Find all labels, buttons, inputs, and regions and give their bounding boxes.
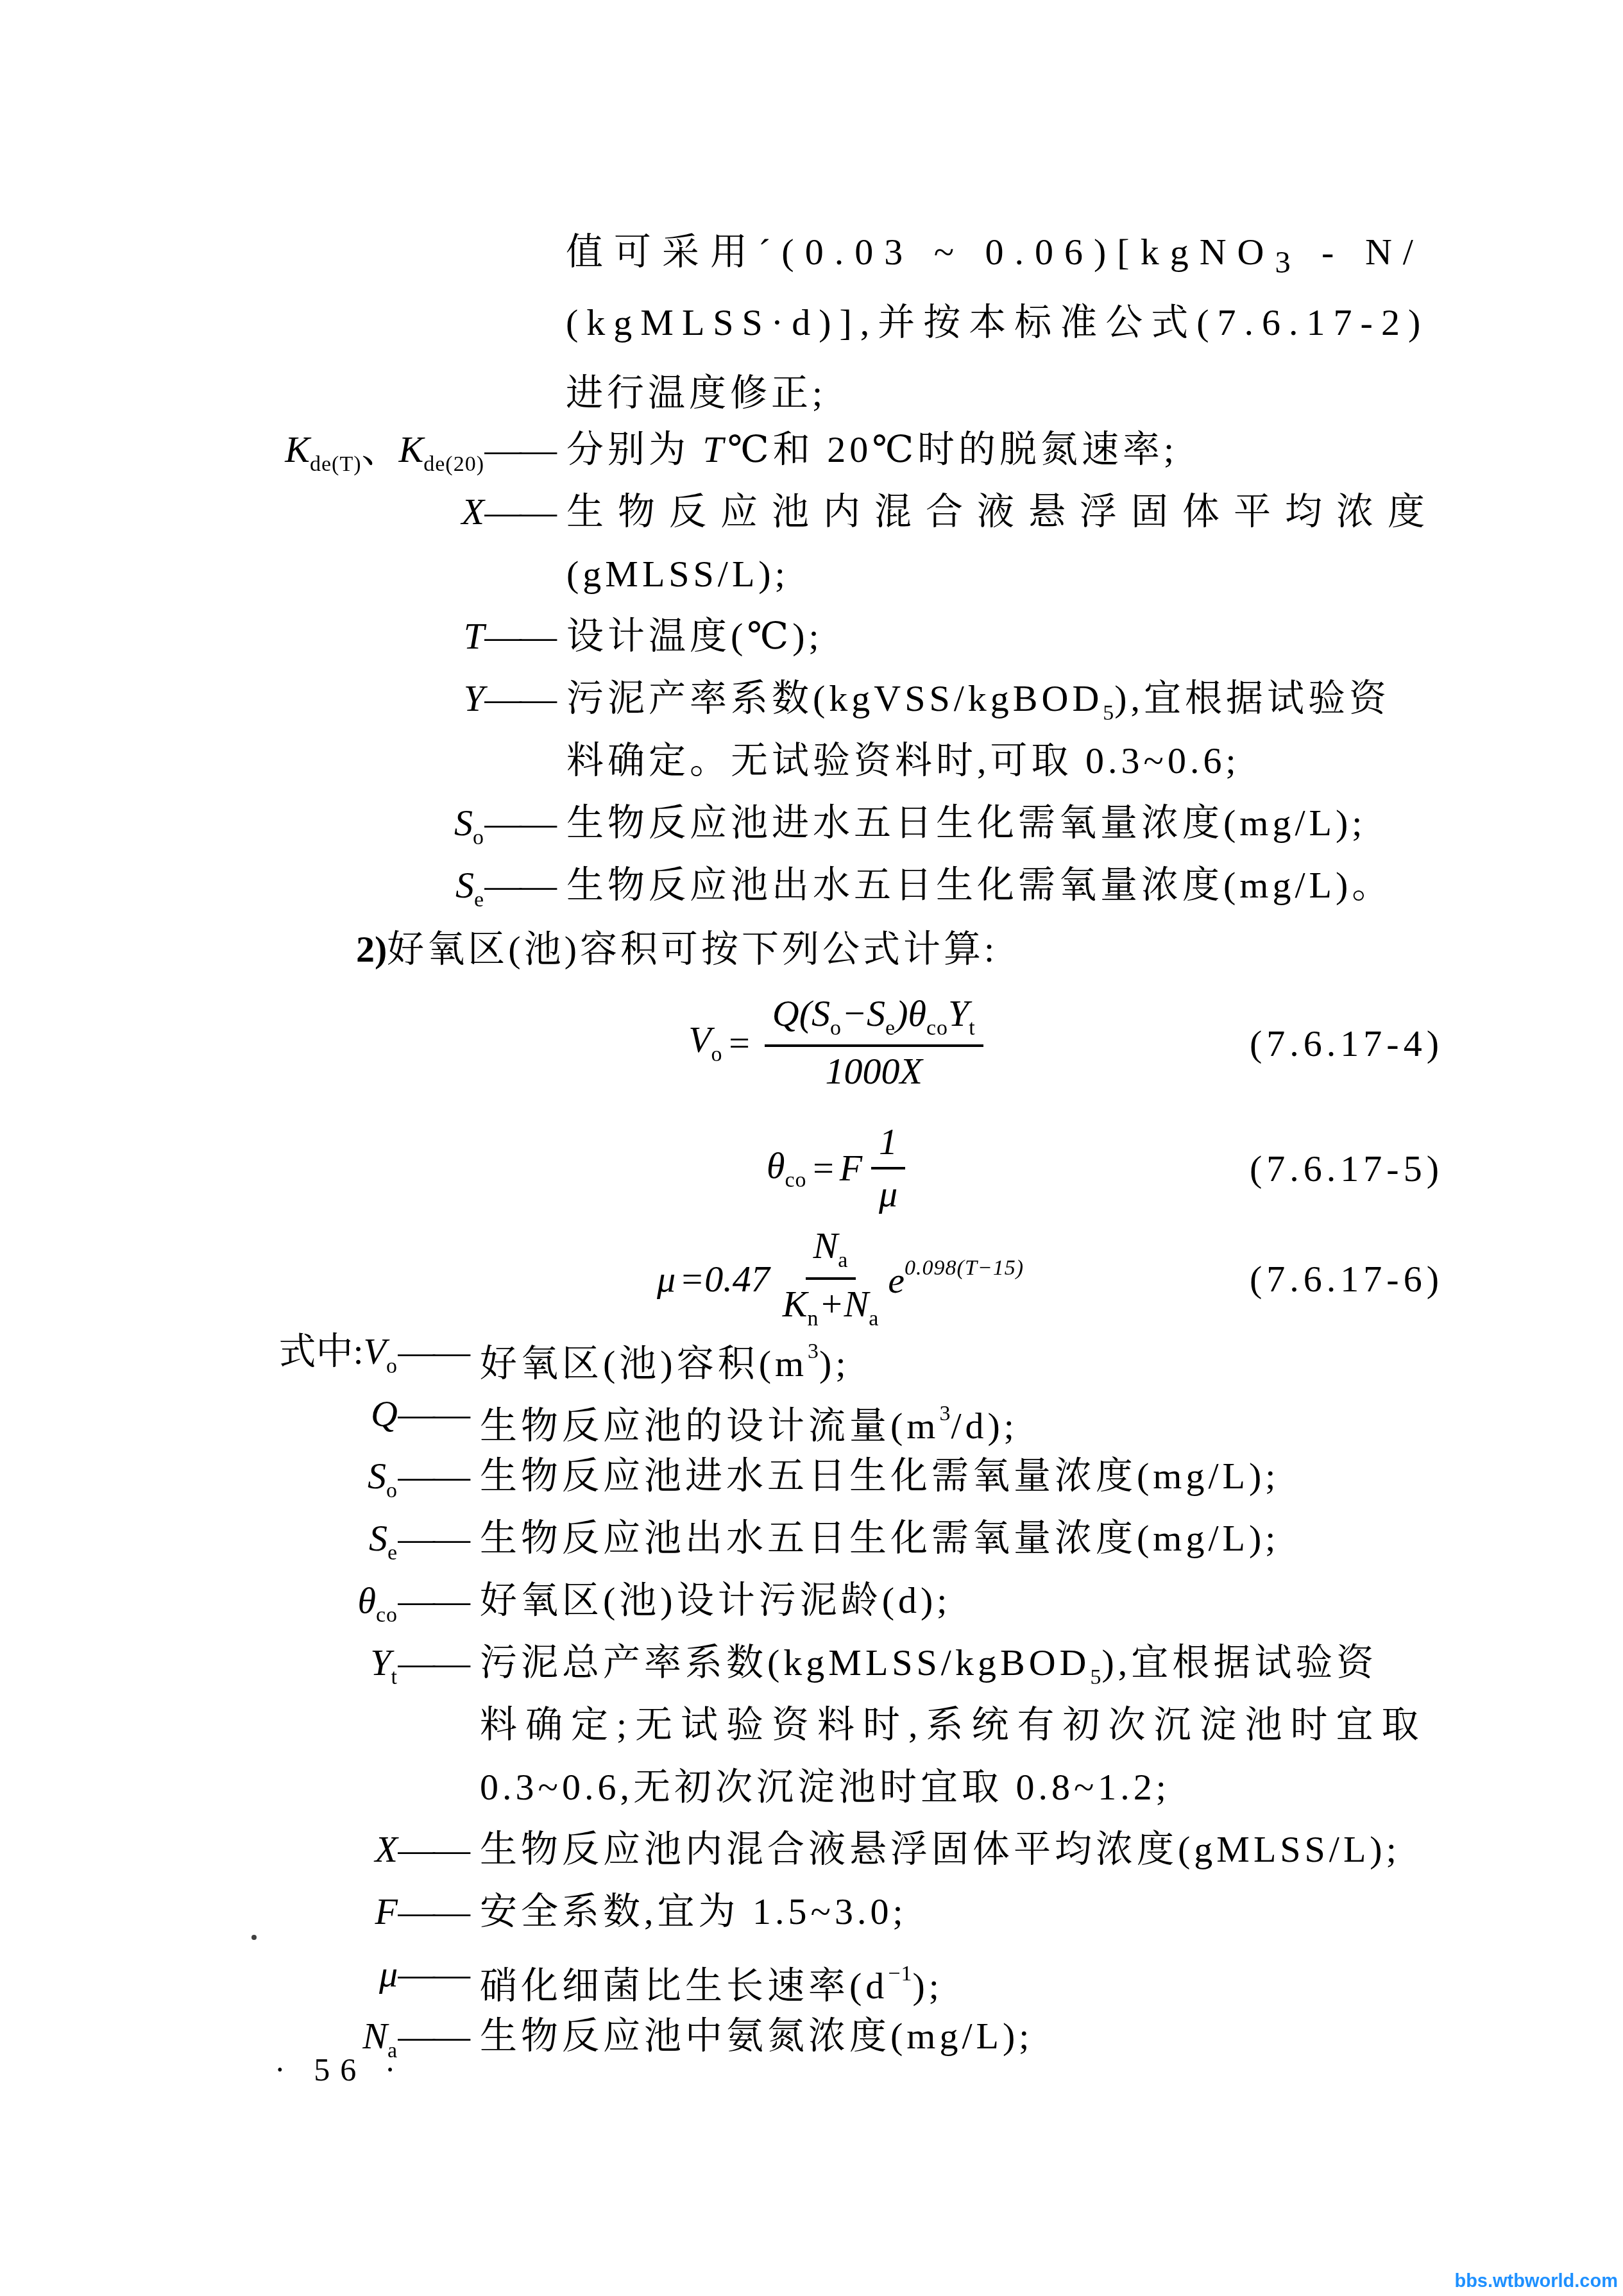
definition-desc: 硝化细菌比生长速率(d−1); [480,1943,1623,2005]
var: S [369,1517,387,1559]
subscript: a [838,1248,848,1272]
superscript: 3 [808,1339,819,1363]
term-q: Q [237,1382,398,1445]
definition-desc: 生物反应池进水五日生化需氧量浓度(mg/L); [566,792,1623,854]
definition-dash: —— [398,1631,480,1694]
definition-row-se: Se —— 生物反应池出水五日生化需氧量浓度(mg/L); [0,1507,1623,1569]
text-line: 料确定。无试验资料时,可取 0.3~0.6; [566,729,1623,792]
text-line: 值可采用´(0.03 ~ 0.06)[kgNO3 - N/ [0,217,1623,287]
term-vo: 式中:Vo [237,1320,398,1382]
definition-desc: 生物反应池进水五日生化需氧量浓度(mg/L); [480,1445,1623,1507]
equation-7-6-17-6: μ =0.47 Na Kn+Na e0.098(T−15) (7.6.17-6) [237,1230,1443,1327]
text-segment: - N/ [1302,231,1424,273]
text-segment: ),宜根据试验资 [1114,677,1390,719]
equals-sign: = [807,1146,840,1189]
definition-desc: 生物反应池出水五日生化需氧量浓度(mg/L)。 [566,854,1623,916]
definition-desc: 生物反应池出水五日生化需氧量浓度(mg/L); [480,1507,1623,1569]
numbered-item-2: 2)好氧区(池)容积可按下列公式计算: [0,918,1623,980]
subscript: de(20) [423,452,484,476]
var: K [399,429,424,470]
definition-desc: 分别为 T℃和 20℃时的脱氮速率; [566,418,1623,480]
definition-dash: —— [398,1818,480,1880]
subscript: t [969,1016,975,1040]
text-segment: 污泥产率系数(kgVSS/kgBOD [566,677,1103,719]
text-segment: ℃和 20℃时的脱氮速率; [727,429,1178,470]
definition-row-y: Y —— 污泥产率系数(kgVSS/kgBOD5),宜根据试验资 料确定。无试验… [0,667,1623,792]
subscript: e [474,888,484,912]
text-line: (gMLSS/L); [566,543,1623,605]
fraction: Q(So−Se)θcoYt 1000X [765,994,983,1092]
page-number: · 56 · [275,2050,405,2089]
definition-row-x: X —— 生物反应池内混合液悬浮固体平均浓度(gMLSS/L); [0,1818,1623,1880]
definition-row-se: Se —— 生物反应池出水五日生化需氧量浓度(mg/L)。 [0,854,1623,916]
equals-coefficient: =0.47 [676,1257,774,1300]
text-segment: 生物反应池的设计流量(m [480,1405,939,1447]
var: S [454,802,473,844]
definition-row-f: F —— 安全系数,宜为 1.5~3.0; [0,1880,1623,1943]
text-segment: 值可采用´(0.03 ~ 0.06)[kgNO [566,231,1275,273]
text-line: 污泥产率系数(kgVSS/kgBOD5),宜根据试验资 [566,667,1623,729]
text-line: 生物反应池的设计流量(m3/d); [480,1382,1623,1445]
watermark-text: bbs.wtbworld.com [1454,2271,1618,2292]
term-f: F [237,1880,398,1943]
definition-row-vo: 式中:Vo —— 好氧区(池)容积(m3); [0,1320,1623,1382]
subscript: co [926,1016,948,1040]
term-x: X [237,480,484,543]
numerator: 1 [871,1123,905,1169]
definition-row-mu: μ —— 硝化细菌比生长速率(d−1); [0,1943,1623,2005]
definition-desc: 生物反应池中氨氮浓度(mg/L); [480,2005,1623,2067]
term-se: Se [237,1507,398,1569]
subscript: co [376,1603,398,1627]
text-line: 0.3~0.6,无初次沉淀池时宜取 0.8~1.2; [480,1756,1623,1818]
subscript: e [387,1541,398,1565]
scan-artifact-dot [251,1935,257,1940]
subscript: o [711,1042,723,1066]
definition-dash: —— [398,1445,480,1507]
text-line: 分别为 T℃和 20℃时的脱氮速率; [566,418,1623,480]
definition-dash: —— [398,1507,480,1569]
equation-number: (7.6.17-6) [1250,1257,1443,1300]
text-segment: ); [913,1965,943,2007]
definition-dash: —— [398,1943,480,2005]
equals-sign: = [723,1021,756,1064]
definition-desc: 好氧区(池)设计污泥龄(d); [480,1569,1623,1631]
text-line: 好氧区(池)容积(m3); [480,1320,1623,1382]
item-text: 好氧区(池)容积可按下列公式计算: [387,928,998,970]
equation-7-6-17-5: θco = F 1 μ (7.6.17-5) [237,1105,1443,1230]
definition-dash: —— [484,605,566,667]
var: Vo [688,1018,722,1067]
definition-dash: —— [398,1320,480,1382]
numerator: Q(So−Se)θcoYt [765,994,983,1048]
definition-dash: —— [398,1382,480,1445]
text-segment: ),宜根据试验资 [1101,1642,1377,1683]
formula-mu: μ =0.47 Na Kn+Na e0.098(T−15) [657,1227,1024,1330]
denominator: μ [879,1169,897,1214]
term-yt: Yt [237,1631,398,1694]
definition-list-top: Kde(T)、Kde(20) —— 分别为 T℃和 20℃时的脱氮速率; X —… [0,418,1623,916]
term-x: X [237,1818,398,1880]
text-line: 生物反应池内混合液悬浮固体平均浓度 [566,480,1623,543]
definition-dash: —— [398,2005,480,2067]
subscript: de(T) [310,452,362,476]
var: V [364,1331,386,1372]
subscript: o [386,1479,398,1502]
definition-dash: —— [484,792,566,854]
subscript: co [785,1168,806,1192]
subscript: 5 [1103,701,1114,725]
text-line: 料确定;无试验资料时,系统有初次沉淀池时宜取 [480,1694,1623,1756]
text-segment: 污泥总产率系数(kgMLSS/kgBOD [480,1642,1090,1683]
equation-number: (7.6.17-5) [1250,1146,1443,1189]
definition-dash: —— [484,854,566,916]
equation-number: (7.6.17-4) [1250,1021,1443,1064]
definition-desc: 污泥产率系数(kgVSS/kgBOD5),宜根据试验资 料确定。无试验资料时,可… [566,667,1623,792]
denominator: 1000X [826,1047,922,1091]
fraction: Na Kn+Na [783,1227,879,1330]
definition-dash: —— [484,667,566,729]
definition-desc: 生物反应池内混合液悬浮固体平均浓度(gMLSS/L); [480,1818,1623,1880]
term-mu: μ [237,1943,398,2005]
var: F [840,1146,862,1189]
text-segment: 好氧区(池)容积(m [480,1343,808,1384]
term-se: Se [237,854,484,916]
subscript: e [885,1016,896,1040]
text-segment: 分别为 [566,429,703,470]
definition-row-so: So —— 生物反应池进水五日生化需氧量浓度(mg/L); [0,1445,1623,1507]
definition-row-yt: Yt —— 污泥总产率系数(kgMLSS/kgBOD5),宜根据试验资 料确定;… [0,1631,1623,1818]
definition-desc: 安全系数,宜为 1.5~3.0; [480,1880,1623,1943]
text-segment: /d); [951,1405,1018,1447]
superscript: −1 [888,1962,912,1986]
numerator: Na [806,1227,856,1280]
definition-dash: —— [484,480,566,543]
var: μ [657,1257,676,1300]
definition-row-so: So —— 生物反应池进水五日生化需氧量浓度(mg/L); [0,792,1623,854]
var: K [285,429,310,470]
separator: 、 [362,429,399,470]
definition-row-x: X —— 生物反应池内混合液悬浮固体平均浓度 (gMLSS/L); [0,480,1623,605]
term-so: So [237,792,484,854]
subscript: t [391,1665,398,1689]
definition-dash: —— [484,418,566,480]
var: S [368,1455,386,1497]
definition-row-q: Q —— 生物反应池的设计流量(m3/d); [0,1382,1623,1445]
text-line: (kgMLSS·d)],并按本标准公式(7.6.17-2) [0,287,1623,358]
fraction: 1 μ [871,1123,905,1214]
definition-dash: —— [398,1569,480,1631]
subscript: o [830,1016,842,1040]
superscript: 0.098(T−15) [905,1256,1024,1280]
equation-7-6-17-4: Vo = Q(So−Se)θcoYt 1000X (7.6.17-4) [237,980,1443,1105]
text-line: 硝化细菌比生长速率(d−1); [480,1943,1623,2005]
definition-desc: 污泥总产率系数(kgMLSS/kgBOD5),宜根据试验资 料确定;无试验资料时… [480,1631,1623,1818]
definition-desc: 设计温度(℃); [566,605,1623,667]
scanned-document-page: 值可采用´(0.03 ~ 0.06)[kgNO3 - N/ (kgMLSS·d)… [0,0,1623,2296]
text-segment: ); [819,1343,849,1384]
var: T [703,429,727,470]
term-y: Y [237,667,484,729]
term-t: T [237,605,484,667]
definition-row-t: T —— 设计温度(℃); [0,605,1623,667]
definition-list-bottom: 式中:Vo —— 好氧区(池)容积(m3); Q —— 生物反应池的设计流量(m… [0,1320,1623,2067]
paragraph-k-value: 值可采用´(0.03 ~ 0.06)[kgNO3 - N/ (kgMLSS·d)… [0,217,1623,429]
var: θco [767,1144,807,1193]
subscript: o [473,826,484,849]
text-line: 污泥总产率系数(kgMLSS/kgBOD5),宜根据试验资 [480,1631,1623,1694]
definition-desc: 生物反应池的设计流量(m3/d); [480,1382,1623,1445]
superscript: 3 [939,1402,951,1425]
term-theta-co: θco [237,1569,398,1631]
subscript: 5 [1090,1665,1101,1689]
term-so: So [237,1445,398,1507]
formula-vo: Vo = Q(So−Se)θcoYt 1000X [688,994,992,1092]
definition-desc: 好氧区(池)容积(m3); [480,1320,1623,1382]
formula-theta-co: θco = F 1 μ [767,1123,914,1214]
definition-row-theta-co: θco —— 好氧区(池)设计污泥龄(d); [0,1569,1623,1631]
item-number: 2) [356,928,387,970]
definition-desc: 生物反应池内混合液悬浮固体平均浓度 (gMLSS/L); [566,480,1623,605]
var: S [455,864,474,906]
exponential-term: e0.098(T−15) [888,1256,1024,1302]
definition-dash: —— [398,1880,480,1943]
subscript: o [386,1354,398,1378]
text-segment: 硝化细菌比生长速率(d [480,1965,888,2007]
definition-row-na: Na —— 生物反应池中氨氮浓度(mg/L); [0,2005,1623,2067]
definition-row-kde: Kde(T)、Kde(20) —— 分别为 T℃和 20℃时的脱氮速率; [0,418,1623,480]
var: θ [357,1579,376,1621]
var: Y [370,1642,391,1683]
subscript: 3 [1275,246,1301,280]
term-kde: Kde(T)、Kde(20) [237,418,484,480]
where-label: 式中: [278,1331,363,1372]
